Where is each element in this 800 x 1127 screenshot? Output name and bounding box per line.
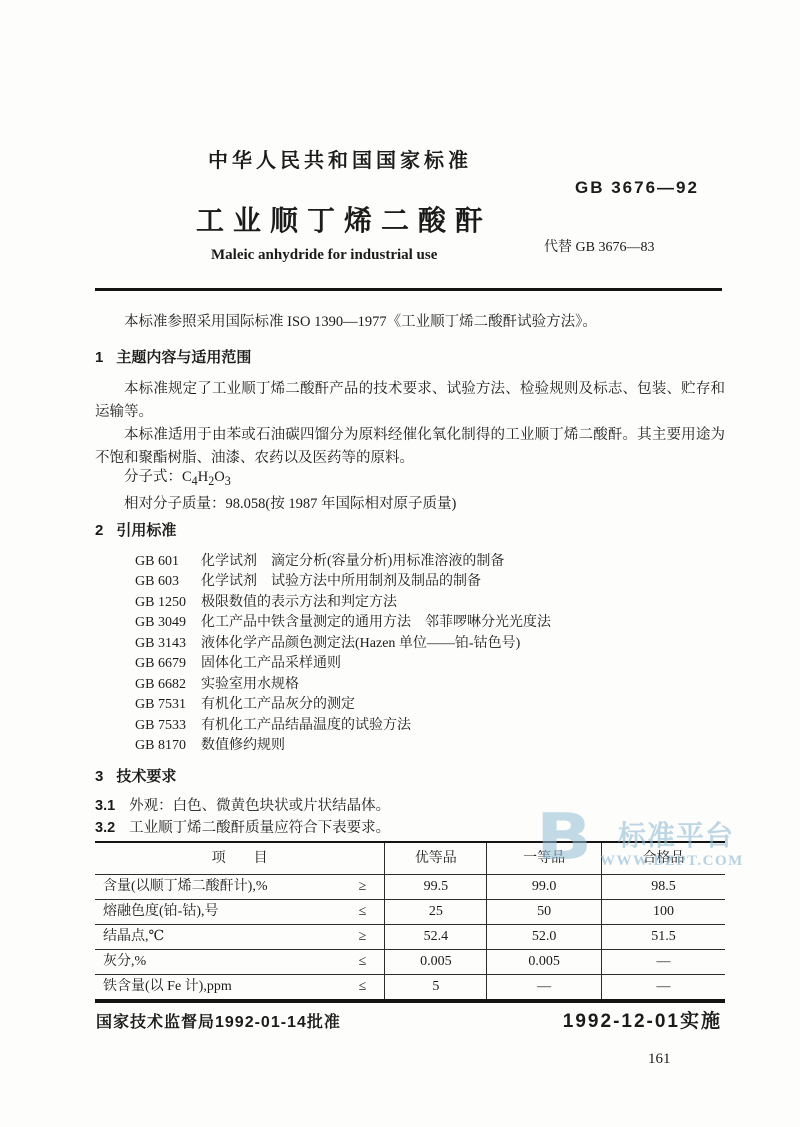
document-page: 中华人民共和国国家标准 GB 3676—92 工业顺丁烯二酸酐 代替 GB 36… xyxy=(0,0,800,1127)
spec-item: 结晶点,℃≥ xyxy=(95,925,384,948)
spec-value: 51.5 xyxy=(602,924,726,949)
spec-value: 25 xyxy=(385,899,487,924)
clause-number: 3.2 xyxy=(95,820,115,836)
spec-value: 52.4 xyxy=(385,924,487,949)
reference-title: 有机化工产品结晶温度的试验方法 xyxy=(201,716,411,737)
comparison-operator: ≤ xyxy=(359,900,367,923)
spec-value: — xyxy=(602,974,726,1000)
table-row: 铁含量(以 Fe 计),ppm≤ 5 — — xyxy=(95,974,725,1000)
clause-text: 工业顺丁烯二酸酐质量应符合下表要求。 xyxy=(129,820,390,836)
table-row: 结晶点,℃≥ 52.4 52.0 51.5 xyxy=(95,924,725,949)
reference-item: GB 7531有机化工产品灰分的测定 xyxy=(135,695,725,716)
spec-value: 0.005 xyxy=(487,949,602,974)
section-2-heading: 2引用标准 xyxy=(95,519,725,542)
spec-item: 含量(以顺丁烯二酸酐计),%≥ xyxy=(95,875,384,898)
reference-code: GB 601 xyxy=(135,552,201,573)
quality-spec-table: 项 目 优等品 一等品 合格品 含量(以顺丁烯二酸酐计),%≥ 99.5 99.… xyxy=(95,841,725,1001)
section-1-paragraph-1: 本标准规定了工业顺丁烯二酸酐产品的技术要求、试验方法、检验规则及标志、包装、贮存… xyxy=(95,378,725,424)
column-header-qualified-grade: 合格品 xyxy=(602,842,726,875)
reference-item: GB 3049化工产品中铁含量测定的通用方法 邻菲啰啉分光光度法 xyxy=(135,613,725,634)
spec-value: 99.0 xyxy=(487,874,602,899)
spec-value: 99.5 xyxy=(385,874,487,899)
table-row: 灰分,%≤ 0.005 0.005 — xyxy=(95,949,725,974)
column-header-premium-grade: 优等品 xyxy=(385,842,487,875)
reference-title: 固体化工产品采样通则 xyxy=(201,654,341,675)
section-1-number: 1 xyxy=(95,346,103,369)
section-3-number: 3 xyxy=(95,765,103,788)
reference-item: GB 8170数值修约规则 xyxy=(135,736,725,757)
replaces-note: 代替 GB 3676—83 xyxy=(544,236,654,256)
section-1-heading: 1主题内容与适用范围 xyxy=(95,346,725,369)
reference-code: GB 7531 xyxy=(135,695,201,716)
reference-code: GB 3049 xyxy=(135,613,201,634)
spec-value: 52.0 xyxy=(487,924,602,949)
spec-value: 0.005 xyxy=(385,949,487,974)
reference-code: GB 8170 xyxy=(135,736,201,757)
section-2-number: 2 xyxy=(95,519,103,542)
reference-title: 极限数值的表示方法和判定方法 xyxy=(201,593,397,614)
reference-title: 数值修约规则 xyxy=(201,736,285,757)
clause-3-1: 3.1外观：白色、微黄色块状或片状结晶体。 xyxy=(95,795,725,817)
comparison-operator: ≥ xyxy=(359,925,367,948)
comparison-operator: ≤ xyxy=(359,975,367,998)
section-1-paragraph-2: 本标准适用于由苯或石油碳四馏分为原料经催化氧化制得的工业顺丁烯二酸酐。其主要用途… xyxy=(95,424,725,470)
reference-item: GB 601化学试剂 滴定分析(容量分析)用标准溶液的制备 xyxy=(135,552,725,573)
section-3-heading: 3技术要求 xyxy=(95,765,725,788)
approval-date: 国家技术监督局1992-01-14批准 xyxy=(96,1009,341,1032)
reference-code: GB 6679 xyxy=(135,654,201,675)
spec-value: 98.5 xyxy=(602,874,726,899)
reference-item: GB 1250极限数值的表示方法和判定方法 xyxy=(135,593,725,614)
reference-code: GB 603 xyxy=(135,572,201,593)
standard-label: 中华人民共和国国家标准 xyxy=(208,144,472,173)
section-3-title: 技术要求 xyxy=(116,768,176,785)
reference-title: 化工产品中铁含量测定的通用方法 邻菲啰啉分光光度法 xyxy=(201,613,551,634)
clause-text: 外观：白色、微黄色块状或片状结晶体。 xyxy=(129,798,390,814)
reference-item: GB 6682实验室用水规格 xyxy=(135,675,725,696)
reference-code: GB 1250 xyxy=(135,593,201,614)
intro-paragraph: 本标准参照采用国际标准 ISO 1390—1977《工业顺丁烯二酸酐试验方法》。 xyxy=(95,311,725,334)
clause-number: 3.1 xyxy=(95,798,115,814)
document-body: 本标准参照采用国际标准 ISO 1390—1977《工业顺丁烯二酸酐试验方法》。… xyxy=(95,305,725,1001)
document-title: 工业顺丁烯二酸酐 xyxy=(196,199,492,239)
spec-item: 铁含量(以 Fe 计),ppm≤ xyxy=(95,975,384,998)
reference-code: GB 3143 xyxy=(135,634,201,655)
reference-standards-list: GB 601化学试剂 滴定分析(容量分析)用标准溶液的制备 GB 603化学试剂… xyxy=(135,552,725,757)
clause-3-2: 3.2工业顺丁烯二酸酐质量应符合下表要求。 xyxy=(95,817,725,839)
header-divider xyxy=(95,288,722,291)
standard-code: GB 3676—92 xyxy=(575,178,699,198)
reference-code: GB 7533 xyxy=(135,716,201,737)
reference-title: 化学试剂 滴定分析(容量分析)用标准溶液的制备 xyxy=(201,552,504,573)
reference-title: 液体化学产品颜色测定法(Hazen 单位——铂-钴色号) xyxy=(201,634,520,655)
reference-item: GB 3143液体化学产品颜色测定法(Hazen 单位——铂-钴色号) xyxy=(135,634,725,655)
document-title-english: Maleic anhydride for industrial use xyxy=(211,247,437,264)
spec-value: — xyxy=(602,949,726,974)
column-header-item: 项 目 xyxy=(95,842,385,875)
spec-item: 灰分,%≤ xyxy=(95,950,384,973)
reference-item: GB 6679固体化工产品采样通则 xyxy=(135,654,725,675)
spec-value: 100 xyxy=(602,899,726,924)
reference-title: 有机化工产品灰分的测定 xyxy=(201,695,355,716)
reference-title: 化学试剂 试验方法中所用制剂及制品的制备 xyxy=(201,572,481,593)
spec-value: — xyxy=(487,974,602,1000)
comparison-operator: ≤ xyxy=(359,950,367,973)
section-1-title: 主题内容与适用范围 xyxy=(116,349,251,366)
section-2-title: 引用标准 xyxy=(116,522,176,539)
comparison-operator: ≥ xyxy=(359,875,367,898)
column-header-first-grade: 一等品 xyxy=(487,842,602,875)
molecular-formula: 分子式：C4H2O3 xyxy=(95,466,725,493)
table-row: 熔融色度(铂-钴),号≤ 25 50 100 xyxy=(95,899,725,924)
table-row: 含量(以顺丁烯二酸酐计),%≥ 99.5 99.0 98.5 xyxy=(95,874,725,899)
reference-item: GB 7533有机化工产品结晶温度的试验方法 xyxy=(135,716,725,737)
spec-value: 5 xyxy=(385,974,487,1000)
reference-code: GB 6682 xyxy=(135,675,201,696)
reference-title: 实验室用水规格 xyxy=(201,675,299,696)
spec-value: 50 xyxy=(487,899,602,924)
page-number: 161 xyxy=(648,1051,671,1068)
table-header-row: 项 目 优等品 一等品 合格品 xyxy=(95,842,725,875)
relative-molecular-mass: 相对分子质量：98.058(按 1987 年国际相对原子质量) xyxy=(95,493,725,516)
spec-item: 熔融色度(铂-钴),号≤ xyxy=(95,900,384,923)
implementation-date: 1992-12-01实施 xyxy=(563,1006,722,1033)
reference-item: GB 603化学试剂 试验方法中所用制剂及制品的制备 xyxy=(135,572,725,593)
